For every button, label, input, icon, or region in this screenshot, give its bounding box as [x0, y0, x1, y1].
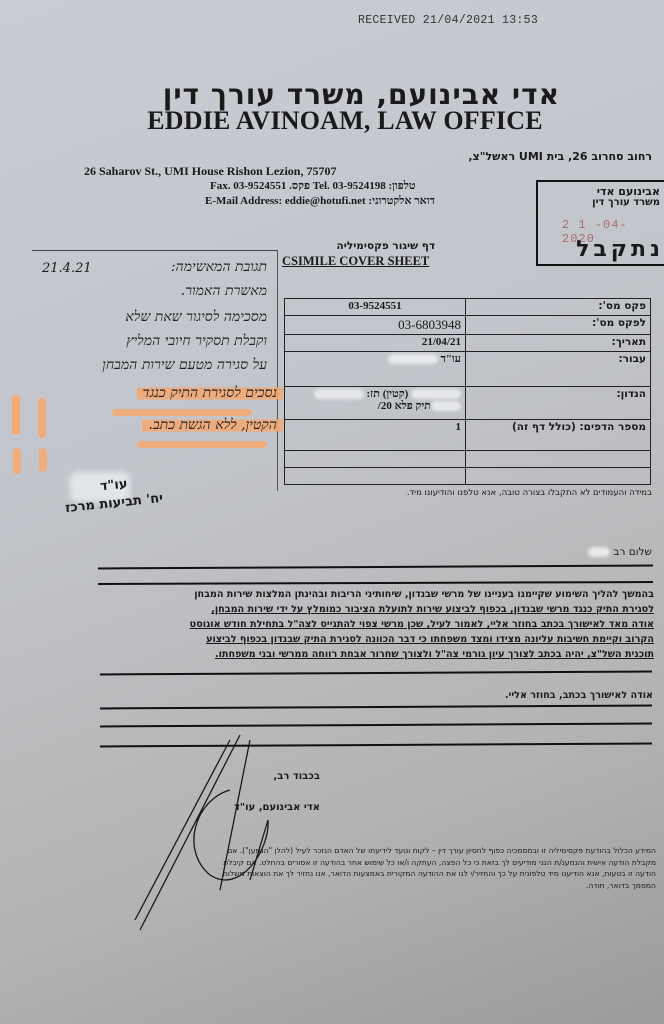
greeting-text: שלום רב — [613, 546, 652, 558]
rule-line — [100, 705, 652, 710]
table-row — [285, 468, 651, 485]
highlight-stroke — [112, 409, 252, 416]
handwritten-line: מאשרת האמור. — [181, 283, 267, 300]
to-fax-label: לפקס מס': — [466, 316, 651, 335]
table-row: עו"ד עבור: — [285, 352, 651, 387]
highlight-mark — [12, 395, 20, 435]
received-stamp: אבינועם אדי משרד עורך דין 2 1 -04- 2020 … — [536, 180, 664, 266]
highlight-mark — [39, 448, 47, 472]
body-line: אודה מאד לאישורך בכתב בחוזר אליי, לאמור … — [96, 617, 654, 632]
letterhead-email: E-Mail Address: eddie@hotufi.net :דואר א… — [205, 195, 435, 207]
subject-value: (קטין) תז: תיק פלא 20/ — [285, 387, 466, 420]
fax-received-header: RECEIVED 21/04/2021 13:53 — [358, 14, 538, 27]
from-fax-value: 03-9524551 — [285, 299, 466, 316]
table-row — [285, 451, 651, 468]
rule-line — [98, 565, 653, 570]
for-value: עו"ד — [285, 352, 466, 387]
body-line: תוכנית השל"צ, יהיה בכתב לצורך עיון גורמי… — [96, 647, 654, 662]
cover-sheet-note: במידה והעמודים לא התקבלו בצורה טובה, אנא… — [300, 488, 652, 498]
for-value-text: עו"ד — [441, 353, 461, 365]
handwritten-line-highlighted: נסכים לסגירת התיק כנגד — [137, 385, 283, 402]
stamp-received-label: נתקבל — [576, 237, 664, 262]
empty-cell — [466, 451, 651, 468]
letter-closing: אודה לאישורך בכתב, בחוזר אליי. — [300, 690, 653, 701]
subject-line-1: (קטין) תז: — [367, 388, 409, 400]
handwritten-line: על סגירה מטעם שירות המבחן — [102, 357, 267, 374]
stamp-office: משרד עורך דין — [592, 197, 660, 208]
date-label: תאריך: — [466, 335, 651, 352]
handwritten-line: מסכימה לסיגור שאת שלא — [125, 309, 267, 326]
handwritten-line: וקבלת תסקיר חיובי המליץ — [126, 333, 267, 350]
redacted-recipient — [588, 547, 610, 557]
date-value: 21/04/21 — [285, 335, 466, 352]
cover-sheet-table: 03-9524551 פקס מס': 03-6803948 לפקס מס':… — [284, 298, 651, 485]
rule-line — [98, 581, 653, 585]
letterhead-address-english: 26 Saharov St., UMI House Rishon Lezion,… — [84, 164, 336, 179]
highlight-mark — [13, 448, 21, 474]
rule-line — [100, 671, 652, 676]
redacted-id — [411, 389, 461, 399]
redacted-case — [431, 401, 461, 411]
disclaimer-line: המידע הכלול בהודעת פקסימיליה זו ובמסמכיה… — [96, 845, 656, 857]
empty-cell — [285, 451, 466, 468]
letter-greeting: שלום רב — [540, 546, 652, 558]
cover-sheet-title-english: CSIMILE COVER SHEET — [282, 254, 429, 269]
handwritten-response-box: 21.4.21 תגובת המאשימה: מאשרת האמור. מסכי… — [32, 250, 278, 491]
handwritten-line: תגובת המאשימה: — [171, 259, 267, 276]
table-row: 03-6803948 לפקס מס': — [285, 316, 651, 335]
page-count-value: 1 — [285, 420, 466, 451]
disclaimer-line: הודעה זו בטעות, אנא הודיענו מיד טלפונית … — [96, 868, 656, 880]
disclaimer-line: המסמך בדואר, תודה. — [96, 880, 656, 892]
rule-line — [100, 723, 652, 728]
redacted-subject — [314, 389, 364, 399]
for-label: עבור: — [466, 352, 651, 387]
table-row: (קטין) תז: תיק פלא 20/ הנדון: — [285, 387, 651, 420]
body-line: הקרוב וקיימת חשיבות עליונה מצידו ומצד מש… — [96, 632, 654, 647]
highlight-stroke — [137, 441, 267, 448]
confidentiality-disclaimer: המידע הכלול בהודעת פקסימיליה זו ובמסמכיה… — [96, 845, 656, 891]
redacted-name — [388, 354, 438, 364]
empty-cell — [466, 468, 651, 485]
letter-body: בהמשך להליך השימוע שקיימנו בעניינו של מר… — [96, 587, 654, 662]
letterhead-address-hebrew: רחוב סחרוב 26, בית UMI ראשל"צ, — [300, 150, 652, 163]
cover-sheet-title-hebrew: דף שיגור פקסימיליה — [290, 240, 435, 252]
letterhead-phone-fax: Fax. 03-9524551 .פקס Tel. 03-9524198 :טל… — [210, 180, 416, 192]
letterhead-title-english: EDDIE AVINOAM, LAW OFFICE — [128, 106, 562, 136]
prosecutor-title: עו"ד — [99, 477, 128, 495]
to-fax-value: 03-6803948 — [285, 316, 466, 335]
body-line: בהמשך להליך השימוע שקיימנו בעניינו של מר… — [96, 587, 654, 602]
body-line: לסגירת התיק כנגד מרשי שבנדון, בכפוף לביצ… — [96, 602, 654, 617]
handwritten-signature — [100, 730, 280, 940]
empty-cell — [285, 468, 466, 485]
disclaimer-line: מקבלת הודעה אישית והנמענ/ת הנני מודיעים … — [96, 857, 656, 869]
table-row: 21/04/21 תאריך: — [285, 335, 651, 352]
subject-label: הנדון: — [466, 387, 651, 420]
subject-line-2: תיק פלא 20/ — [378, 400, 431, 412]
handwritten-line-highlighted: הקטין, ללא הגשת כתב. — [142, 417, 283, 434]
table-row: 03-9524551 פקס מס': — [285, 299, 651, 316]
handwritten-date: 21.4.21 — [42, 261, 92, 276]
page-count-label: מספר הדפים: (כולל דף זה) — [466, 420, 651, 451]
table-row: 1 מספר הדפים: (כולל דף זה) — [285, 420, 651, 451]
highlight-mark — [38, 398, 46, 438]
from-fax-label: פקס מס': — [466, 299, 651, 316]
